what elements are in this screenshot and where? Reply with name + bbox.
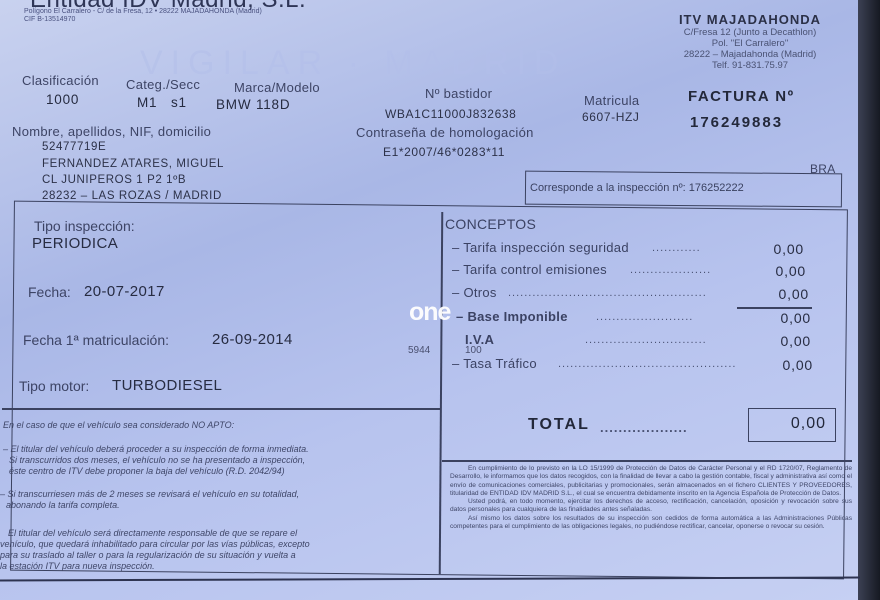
- owner-nif: 52477719E: [42, 141, 106, 153]
- bastidor-label: Nº bastidor: [425, 86, 492, 101]
- conceptos-title: CONCEPTOS: [445, 216, 536, 232]
- data-protection-legal-text: En cumplimiento de lo previsto en la LO …: [450, 465, 852, 531]
- itv-address-line: 28222 – Majadahonda (Madrid): [650, 49, 850, 60]
- photo-dark-edge: [858, 0, 880, 600]
- tipo-motor-value: TURBODIESEL: [112, 377, 222, 394]
- concepto-label: – Base Imponible: [456, 309, 568, 324]
- subtotal-line: [737, 307, 812, 309]
- notice-paragraph-3: El titular del vehículo será directament…: [0, 528, 310, 572]
- concepto-dots: ........................................…: [558, 358, 736, 370]
- total-value: 0,00: [760, 415, 826, 433]
- homologacion-label: Contraseña de homologación: [356, 125, 534, 140]
- matricula-value: 6607-HZJ: [582, 110, 640, 124]
- faded-background-text: VIGILAR · MADRID: [140, 44, 566, 83]
- notice-line: para su traslado al taller o para la reg…: [0, 550, 310, 561]
- itv-title: ITV MAJADAHONDA: [650, 12, 850, 27]
- notice-line: – El titular del vehículo deberá procede…: [3, 444, 309, 455]
- bottom-divider: [0, 576, 860, 581]
- overlay-number-left: 5944: [408, 345, 430, 356]
- clasificacion-label: Clasificación: [22, 73, 99, 88]
- bastidor-value: WBA1C11000J832638: [385, 107, 516, 121]
- notice-paragraph-2: – Si transcurriesen más de 2 meses se re…: [0, 489, 299, 511]
- concepto-dots: ............: [652, 242, 701, 254]
- itv-phone: Telf. 91-831.75.97: [650, 60, 850, 71]
- left-divider: [2, 408, 440, 410]
- notice-line: – Si transcurriesen más de 2 meses se re…: [0, 489, 299, 500]
- clasificacion-value: 1000: [46, 92, 79, 107]
- owner-street: CL JUNIPEROS 1 P2 1ºB: [42, 174, 186, 186]
- concepto-dots: ........................: [596, 311, 693, 323]
- fecha-label: Fecha:: [28, 284, 71, 300]
- itv-address-line: C/Fresa 12 (Junto a Decathlon): [650, 27, 850, 38]
- concepto-value: 0,00: [751, 333, 811, 349]
- matricula-label: Matricula: [584, 93, 639, 108]
- concepto-label: – Otros: [452, 285, 497, 300]
- categoria-label: Categ./Secc: [126, 77, 200, 92]
- owner-name: FERNANDEZ ATARES, MIGUEL: [42, 158, 224, 170]
- concepto-label: – Tarifa inspección seguridad: [452, 240, 629, 255]
- owner-city: 28232 – LAS ROZAS / MADRID: [42, 190, 222, 202]
- itv-address-line: Pol. "El Carralero": [650, 38, 850, 49]
- total-label: TOTAL: [528, 416, 590, 434]
- notice-paragraph-1: – El titular del vehículo deberá procede…: [3, 444, 309, 477]
- concepto-value: 0,00: [744, 241, 804, 257]
- concepto-dots: ........................................…: [508, 287, 707, 299]
- company-address: Polígono El Carralero - C/ de la Fresa, …: [24, 8, 262, 15]
- overlay-number-right: 100: [465, 345, 482, 356]
- concepto-dots: ....................: [630, 264, 711, 276]
- marca-modelo-label: Marca/Modelo: [234, 80, 320, 95]
- company-cif: CIF B-13514970: [24, 16, 75, 23]
- tipo-inspeccion-value: PERIODICA: [32, 235, 118, 252]
- owner-label: Nombre, apellidos, NIF, domicilio: [12, 124, 211, 139]
- notice-line: vehículo, que quedará inhabilitado para …: [0, 539, 310, 550]
- tipo-motor-label: Tipo motor:: [19, 378, 89, 394]
- tipo-inspeccion-label: Tipo inspección:: [34, 218, 135, 234]
- notice-line: abonando la tarifa completa.: [0, 500, 299, 511]
- concepto-value: 0,00: [746, 263, 806, 279]
- right-divider: [442, 460, 852, 462]
- categoria-value: M1 s1: [137, 95, 187, 110]
- legal-paragraph: Usted podrá, en todo momento, ejercitar …: [450, 498, 852, 515]
- legal-paragraph: En cumplimiento de lo previsto en la LO …: [450, 465, 852, 498]
- corresponde-inspeccion: Corresponde a la inspección nº: 17625222…: [530, 182, 744, 194]
- notice-heading: En el caso de que el vehículo sea consid…: [3, 420, 234, 431]
- notice-line: éste centro de ITV debe proponer la baja…: [3, 466, 309, 477]
- concepto-label: – Tasa Tráfico: [452, 356, 537, 371]
- factura-number: 176249883: [690, 114, 783, 131]
- notice-line: la estación ITV para nueva inspección.: [0, 561, 310, 572]
- itv-station-block: ITV MAJADAHONDA C/Fresa 12 (Junto a Deca…: [650, 12, 850, 71]
- one-logo-watermark: one: [409, 298, 450, 327]
- notice-line: Si transcurridos dos meses, el vehículo …: [3, 455, 309, 466]
- concepto-dots: ..............................: [585, 334, 707, 346]
- concepto-value: 0,00: [753, 357, 813, 373]
- factura-title: FACTURA Nº: [688, 88, 795, 105]
- homologacion-value: E1*2007/46*0283*11: [383, 145, 505, 159]
- fecha-matriculacion-label: Fecha 1ª matriculación:: [23, 332, 169, 348]
- total-dots: ...................: [600, 420, 688, 435]
- fecha-matriculacion-value: 26-09-2014: [212, 331, 293, 348]
- legal-paragraph: Así mismo los datos sobre los resultados…: [450, 515, 852, 532]
- fecha-value: 20-07-2017: [84, 283, 165, 300]
- marca-modelo-value: BMW 118D: [216, 97, 290, 112]
- concepto-value: 0,00: [749, 286, 809, 302]
- concepto-value: 0,00: [751, 310, 811, 326]
- notice-line: El titular del vehículo será directament…: [0, 528, 310, 539]
- concepto-label: – Tarifa control emisiones: [452, 262, 607, 277]
